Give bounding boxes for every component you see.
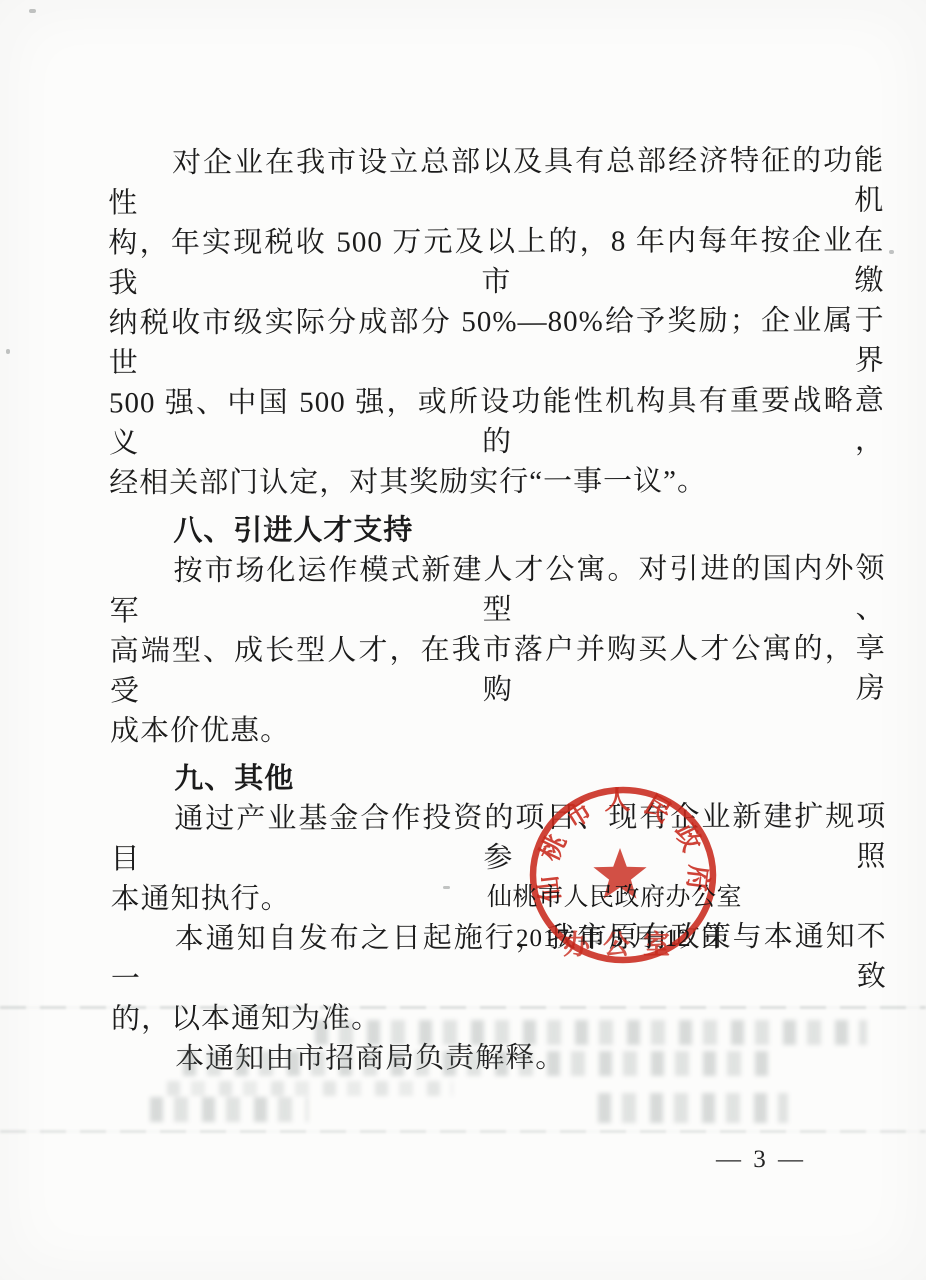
doc-line: 500 强、中国 500 强，或所设功能性机构具有重要战略意义的， bbox=[109, 381, 885, 464]
scan-speck bbox=[443, 886, 450, 889]
doc-line: 纳税收市级实际分成部分 50%—80%给予奖励；企业属于世界 bbox=[109, 301, 885, 384]
scan-speck bbox=[29, 9, 36, 13]
scan-streak bbox=[0, 1130, 926, 1133]
bleedthrough-smudge bbox=[315, 1020, 867, 1045]
page-number: — 3 — bbox=[716, 1146, 806, 1174]
doc-line: 经相关部门认定，对其奖励实行“一事一议”。 bbox=[109, 461, 885, 504]
scanned-document-page: 对企业在我市设立总部以及具有总部经济特征的功能性机 构，年实现税收 500 万元… bbox=[0, 0, 926, 1280]
document-text-block: 对企业在我市设立总部以及具有总部经济特征的功能性机 构，年实现税收 500 万元… bbox=[108, 141, 887, 1080]
section-heading: 九、其他 bbox=[110, 757, 886, 800]
section-heading: 八、引进人才支持 bbox=[109, 509, 885, 552]
scan-speck bbox=[266, 524, 271, 528]
bleedthrough-smudge bbox=[167, 1081, 453, 1096]
doc-line: 高端型、成长型人才，在我市落户并购买人才公寓的，享受购房 bbox=[110, 629, 886, 712]
doc-line: 本通知自发布之日起施行，我市原有政策与本通知不一致 bbox=[111, 917, 887, 1000]
signature-date: 2017 年 5 月 12 日 bbox=[516, 925, 725, 953]
bleedthrough-smudge bbox=[150, 1097, 308, 1122]
doc-line: 构，年实现税收 500 万元及以上的，8 年内每年按企业在我市缴 bbox=[108, 221, 884, 304]
scan-streak bbox=[0, 1006, 926, 1009]
scan-speck bbox=[6, 349, 10, 354]
doc-line: 对企业在我市设立总部以及具有总部经济特征的功能性机 bbox=[108, 141, 884, 224]
doc-line: 成本价优惠。 bbox=[110, 709, 886, 752]
doc-line: 通过产业基金合作投资的项目、现有企业新建扩规项目参照 bbox=[110, 797, 886, 880]
signature-office: 仙桃市人民政府办公室 bbox=[487, 884, 742, 912]
doc-line: 按市场化运作模式新建人才公寓。对引进的国内外领军型、 bbox=[109, 549, 885, 632]
bleedthrough-smudge bbox=[598, 1093, 788, 1123]
bleedthrough-smudge bbox=[183, 1051, 769, 1076]
scan-speck bbox=[889, 250, 894, 254]
